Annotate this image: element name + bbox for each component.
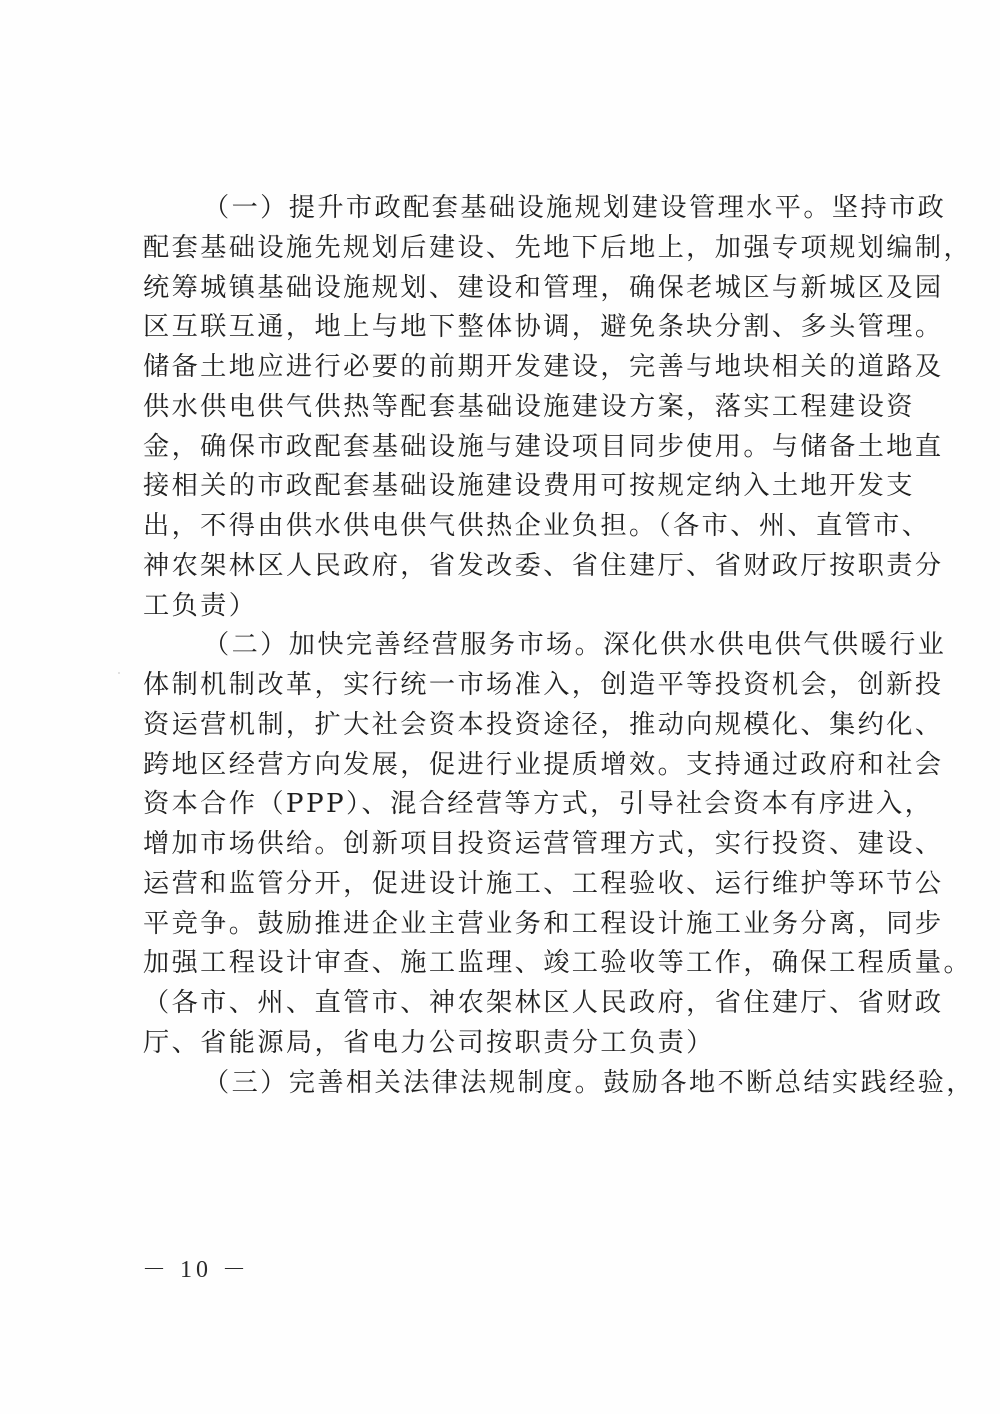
text-line: 统筹城镇基础设施规划、建设和管理，确保老城区与新城区及园 [143, 269, 888, 309]
text-line: 接相关的市政配套基础设施建设费用可按规定纳入土地开发支 [143, 467, 888, 507]
text-line: 平竞争。鼓励推进企业主营业务和工程设计施工业务分离，同步 [143, 905, 888, 945]
document-page: （一）提升市政配套基础设施规划建设管理水平。坚持市政 配套基础设施先规划后建设、… [0, 0, 1000, 1414]
text-line: 资本合作（PPP）、混合经营等方式，引导社会资本有序进入， [143, 785, 888, 825]
paragraph-section-1: （一）提升市政配套基础设施规划建设管理水平。坚持市政 配套基础设施先规划后建设、… [143, 189, 888, 626]
text-line: 出，不得由供水供电供气供热企业负担。（各市、州、直管市、 [143, 507, 888, 547]
text-line: （一）提升市政配套基础设施规划建设管理水平。坚持市政 [143, 189, 888, 229]
text-line: 神农架林区人民政府，省发改委、省住建厅、省财政厅按职责分 [143, 547, 888, 587]
document-body: （一）提升市政配套基础设施规划建设管理水平。坚持市政 配套基础设施先规划后建设、… [143, 189, 888, 1103]
scan-artifact [118, 672, 120, 674]
text-line: 体制机制改革，实行统一市场准入，创造平等投资机会，创新投 [143, 666, 888, 706]
text-line: （二）加快完善经营服务市场。深化供水供电供气供暖行业 [143, 626, 888, 666]
text-line: 增加市场供给。创新项目投资运营管理方式，实行投资、建设、 [143, 825, 888, 865]
text-line: （三）完善相关法律法规制度。鼓励各地不断总结实践经验， [143, 1064, 888, 1104]
text-line: 工负责） [143, 587, 888, 627]
text-line: 配套基础设施先规划后建设、先地下后地上，加强专项规划编制， [143, 229, 888, 269]
text-line: 储备土地应进行必要的前期开发建设，完善与地块相关的道路及 [143, 348, 888, 388]
text-line: 金，确保市政配套基础设施与建设项目同步使用。与储备土地直 [143, 428, 888, 468]
text-line: 运营和监管分开，促进设计施工、工程验收、运行维护等环节公 [143, 865, 888, 905]
text-line: 厅、省能源局，省电力公司按职责分工负责） [143, 1024, 888, 1064]
text-line: 跨地区经营方向发展，促进行业提质增效。支持通过政府和社会 [143, 746, 888, 786]
text-line: 资运营机制，扩大社会资本投资途径，推动向规模化、集约化、 [143, 706, 888, 746]
text-line: （各市、州、直管市、神农架林区人民政府，省住建厅、省财政 [143, 984, 888, 1024]
text-line: 加强工程设计审查、施工监理、竣工验收等工作，确保工程质量。 [143, 944, 888, 984]
text-line: 供水供电供气供热等配套基础设施建设方案，落实工程建设资 [143, 388, 888, 428]
page-number: － 10 － [142, 1249, 250, 1284]
text-line: 区互联互通，地上与地下整体协调，避免条块分割、多头管理。 [143, 308, 888, 348]
paragraph-section-2: （二）加快完善经营服务市场。深化供水供电供气供暖行业 体制机制改革，实行统一市场… [143, 626, 888, 1063]
paragraph-section-3: （三）完善相关法律法规制度。鼓励各地不断总结实践经验， [143, 1064, 888, 1104]
